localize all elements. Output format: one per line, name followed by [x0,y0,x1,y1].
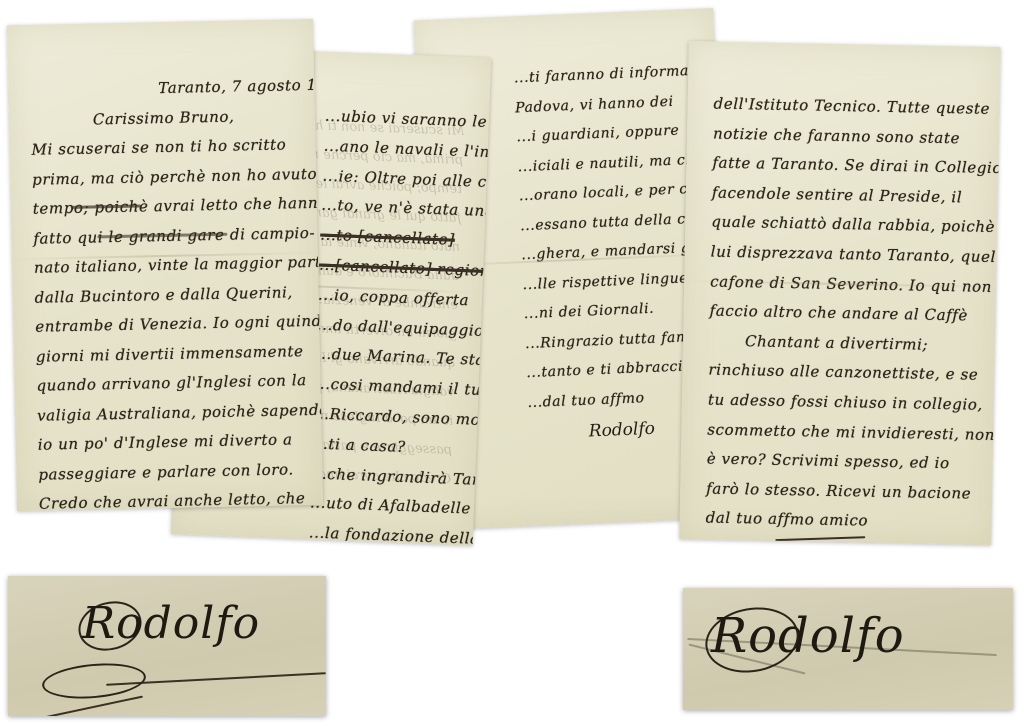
signature-closeup-left: Rodolfo [8,576,326,716]
letter-line: nato italiano, vinte la maggior parte [34,248,301,283]
signature-text: Rodolfo [711,608,905,664]
letter-line: fatte a Taranto. Se dirai in Collegio, [712,149,981,184]
letter-sheet-4: dell'Istituto Tecnico. Tutte queste noti… [679,41,1001,545]
letter-line: dell'Istituto Tecnico. Tutte queste [713,90,982,125]
signature-tail [25,696,143,716]
signature-text: Rodolfo [82,598,260,649]
letter-line: tu adesso fossi chiuso in collegio, [708,385,977,420]
signature-flourish-loop [41,660,148,703]
letter-line: entrambe di Venezia. Io ogni quindi- [35,307,302,342]
signature-closeup-right: Rodolfo [683,588,1013,710]
letter-sheet-1: Taranto, 7 agosto 1910 Carissimo Bruno, … [7,19,323,511]
letter-line: è vero? Scrivimi spesso, ed io [706,445,975,480]
letter-line: ...la fondazione della [308,518,455,545]
letter-line: faccio altro che andare al Caffè [709,297,978,332]
sheet-4-lines: dell'Istituto Tecnico. Tutte queste noti… [679,41,1001,545]
signature: Rodolfo [705,541,973,545]
letter-line: lui disprezzava tanto Taranto, quel [710,237,979,272]
place-date: Taranto, 7 agosto 1910 [30,71,297,106]
letter-line: dal tuo affmo amico [705,504,974,539]
sheet-1-lines: Taranto, 7 agosto 1910 Carissimo Bruno, … [7,19,323,511]
